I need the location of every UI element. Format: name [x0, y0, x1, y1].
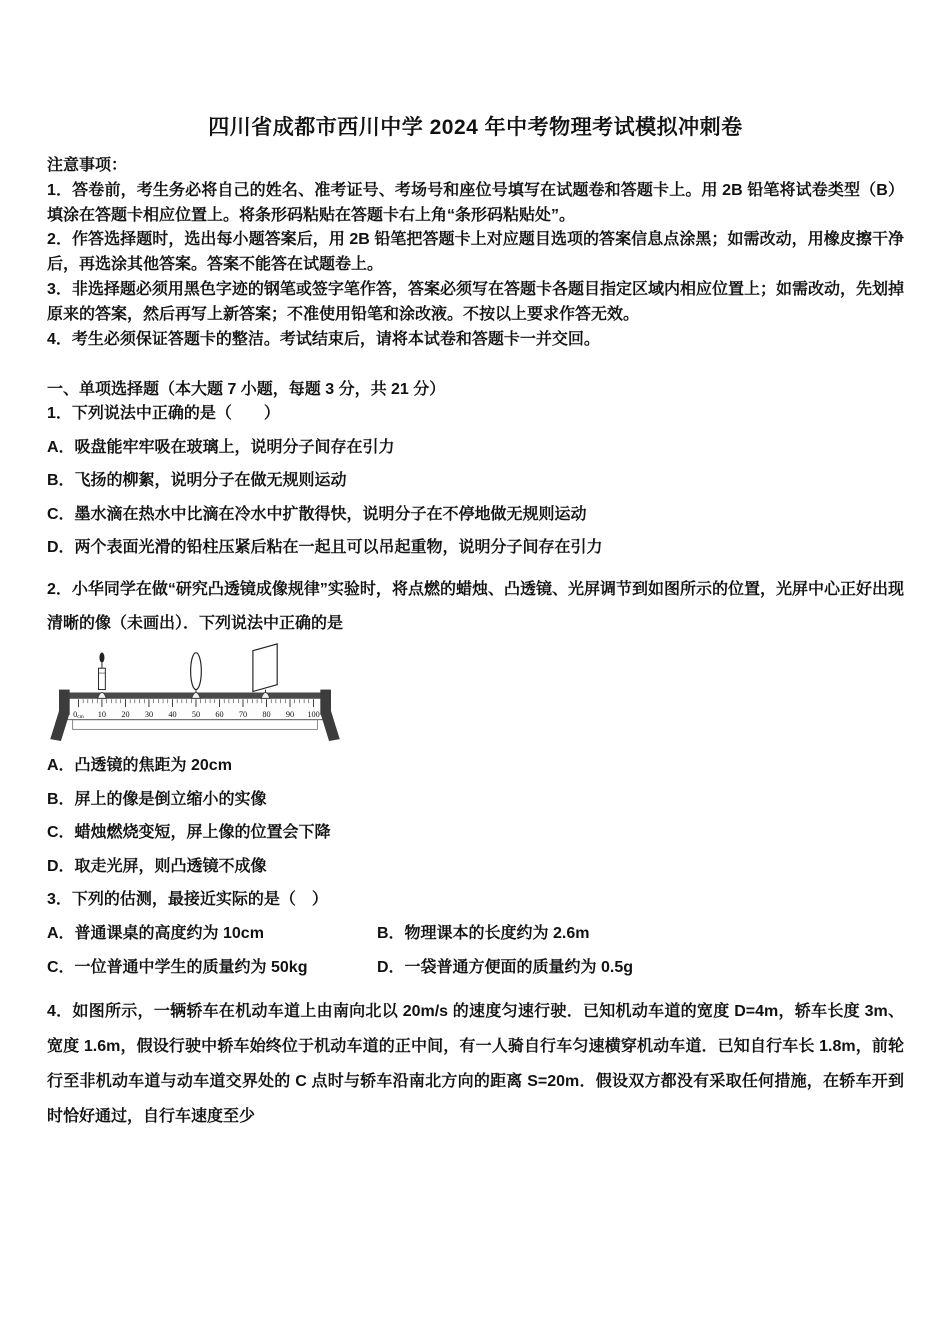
question-3-option-d: D．一袋普通方便面的质量约为 0.5g: [377, 956, 904, 980]
svg-text:30: 30: [145, 710, 153, 719]
question-4-stem: 4．如图所示，一辆轿车在机动车道上由南向北以 20m/s 的速度匀速行驶．已知机…: [47, 994, 904, 1134]
light-screen: [253, 644, 277, 698]
notice-item-2: 2．作答选择题时，选出每小题答案后，用 2B 铅笔把答题卡上对应题目选项的答案信…: [47, 228, 904, 278]
question-2-stem: 2．小华同学在做“研究凸透镜成像规律”实验时，将点燃的蜡烛、凸透镜、光屏调节到如…: [47, 573, 904, 641]
question-3-option-a: A．普通课桌的高度约为 10cm: [47, 922, 377, 946]
svg-text:10: 10: [98, 710, 106, 719]
candle: [98, 653, 107, 699]
exam-paper: 四川省成都市西川中学 2024 年中考物理考试模拟冲刺卷 注意事项： 1．答卷前…: [0, 0, 950, 1134]
optical-bench-figure: 0cm102030405060708090100: [49, 641, 341, 743]
svg-text:70: 70: [239, 710, 247, 719]
question-3-stem: 3．下列的估测，最接近实际的是（ ）: [47, 888, 904, 912]
bench-left-leg: [50, 690, 69, 741]
svg-text:20: 20: [121, 710, 129, 719]
svg-text:90: 90: [286, 710, 294, 719]
svg-text:60: 60: [215, 710, 223, 719]
question-2-option-c: C．蜡烛燃烧变短，屏上像的位置会下降: [47, 821, 904, 845]
lens-glass: [191, 653, 202, 690]
question-1-stem: 1．下列说法中正确的是（ ）: [47, 402, 904, 426]
question-2-option-d: D．取走光屏，则凸透镜不成像: [47, 855, 904, 879]
question-3-options-row-1: A．普通课桌的高度约为 10cm B．物理课本的长度约为 2.6m: [47, 922, 904, 946]
bench-base: [73, 720, 318, 730]
question-1-option-a: A．吸盘能牢牢吸在玻璃上，说明分子间存在引力: [47, 436, 904, 460]
candle-body: [99, 669, 106, 690]
svg-text:80: 80: [262, 710, 270, 719]
question-3-options-row-2: C．一位普通中学生的质量约为 50kg D．一袋普通方便面的质量约为 0.5g: [47, 956, 904, 980]
question-3-option-b: B．物理课本的长度约为 2.6m: [377, 922, 904, 946]
notice-heading: 注意事项：: [47, 154, 904, 179]
svg-text:50: 50: [192, 710, 200, 719]
page-title: 四川省成都市西川中学 2024 年中考物理考试模拟冲刺卷: [47, 115, 904, 141]
notice-item-4: 4．考生必须保证答题卡的整洁。考试结束后，请将本试卷和答题卡一并交回。: [47, 328, 904, 353]
bench-right-leg: [320, 690, 339, 741]
question-2-option-b: B．屏上的像是倒立缩小的实像: [47, 788, 904, 812]
question-1-option-d: D．两个表面光滑的铅柱压紧后粘在一起且可以吊起重物，说明分子间存在引力: [47, 536, 904, 560]
notice-item-1: 1．答卷前，考生务必将自己的姓名、准考证号、考场号和座位号填写在试题卷和答题卡上…: [47, 179, 904, 229]
question-1-option-c: C．墨水滴在热水中比滴在冷水中扩散得快，说明分子在不停地做无规则运动: [47, 503, 904, 527]
notice-item-3: 3．非选择题必须用黑色字迹的钢笔或签字笔作答，答案必须写在答题卡各题目指定区域内…: [47, 278, 904, 328]
screen-panel: [253, 644, 277, 692]
convex-lens: [191, 653, 202, 699]
svg-text:100: 100: [307, 710, 319, 719]
question-2-option-a: A．凸透镜的焦距为 20cm: [47, 754, 904, 778]
candle-flame: [99, 653, 104, 663]
section-one-heading: 一、单项选择题（本大题 7 小题，每题 3 分，共 21 分）: [47, 378, 904, 402]
question-1-option-b: B．飞扬的柳絮，说明分子在做无规则运动: [47, 469, 904, 493]
svg-text:40: 40: [168, 710, 176, 719]
question-3-option-c: C．一位普通中学生的质量约为 50kg: [47, 956, 377, 980]
